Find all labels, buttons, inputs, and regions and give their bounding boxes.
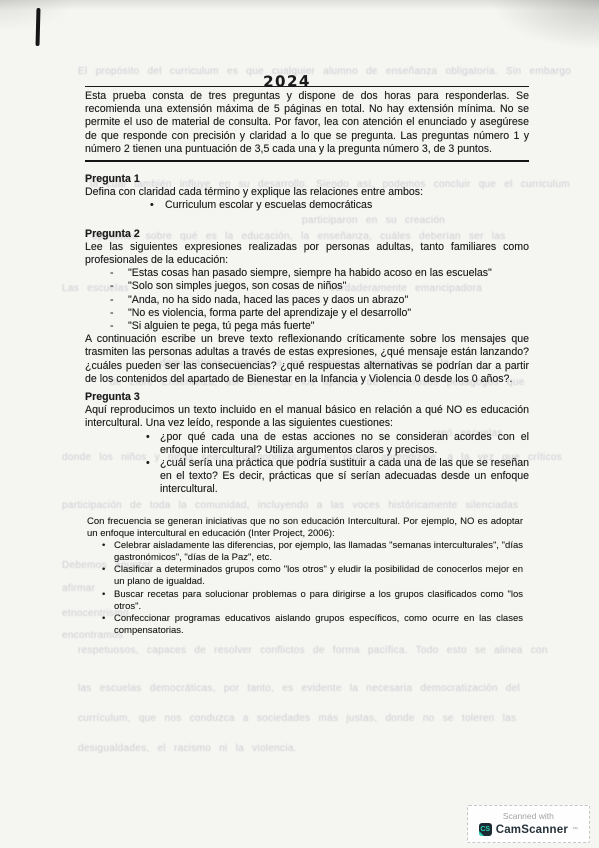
excerpt-bullet: Buscar recetas para solucionar problemas… <box>87 589 523 613</box>
excerpt-intro: Con frecuencia se generan iniciativas qu… <box>87 516 523 540</box>
bleedthrough-text: desigualdades, el racismo ni la violenci… <box>78 743 297 754</box>
trademark-symbol: ™ <box>572 827 578 833</box>
excerpt-bullet: Clasificar a determinados grupos como "l… <box>87 564 523 588</box>
quote-item: "No es violencia, forma parte del aprend… <box>85 307 529 320</box>
scan-shadow-top-right <box>489 0 599 50</box>
quote-item: "Anda, no ha sido nada, haced las paces … <box>85 294 529 307</box>
exam-instructions: Esta prueba consta de tres preguntas y d… <box>85 90 529 156</box>
pregunta-3-intro: Aquí reproducimos un texto incluido en e… <box>85 404 529 430</box>
pregunta-3-title: Pregunta 3 <box>85 391 529 404</box>
bleedthrough-text: respetuosos, capaces de resolver conflic… <box>78 645 548 656</box>
bleedthrough-text: currículum, que nos conduzca a sociedade… <box>78 713 516 724</box>
quote-item: "Solo son simples juegos, son cosas de n… <box>85 280 529 293</box>
pregunta-2-title: Pregunta 2 <box>85 228 529 241</box>
quote-item: "Si alguien te pega, tú pega más fuerte" <box>85 320 529 333</box>
pregunta-2-intro: Lee las siguientes expresiones realizada… <box>85 241 529 267</box>
pregunta-2-followup: A continuación escribe un breve texto re… <box>85 333 529 386</box>
camscanner-badge: Scanned with CS CamScanner ™ <box>467 805 590 843</box>
excerpt-bullet: Celebrar aisladamente las diferencias, p… <box>87 540 523 564</box>
section-divider <box>85 160 529 162</box>
handwritten-year: 2024 <box>85 70 529 92</box>
camscanner-brand-label: CamScanner <box>496 824 568 836</box>
excerpt-bullet: Confeccionar programas educativos aislan… <box>87 613 523 637</box>
intercultural-excerpt: Con frecuencia se generan iniciativas qu… <box>87 516 523 638</box>
pregunta-1-title: Pregunta 1 <box>85 173 529 186</box>
pregunta-3-bullet: ¿por qué cada una de estas acciones no s… <box>85 431 529 457</box>
bleedthrough-text: las escuelas democráticas, por tanto, es… <box>78 683 520 694</box>
pregunta-1-bullet: Curriculum escolar y escuelas democrátic… <box>85 199 529 212</box>
scanned-with-label: Scanned with <box>479 811 578 821</box>
pregunta-1-body: Defina con claridad cada término y expli… <box>85 186 529 199</box>
exam-body: 2024 Esta prueba consta de tres pregunta… <box>85 74 529 637</box>
pen-mark <box>36 8 41 46</box>
scanned-page: El propósito del curriculum es que cualq… <box>0 0 599 848</box>
camscanner-icon: CS <box>479 823 492 836</box>
quote-item: "Estas cosas han pasado siempre, siempre… <box>85 267 529 280</box>
scan-shadow-top-left <box>0 0 70 30</box>
pregunta-3-bullet: ¿cuál sería una práctica que podría sust… <box>85 457 529 497</box>
